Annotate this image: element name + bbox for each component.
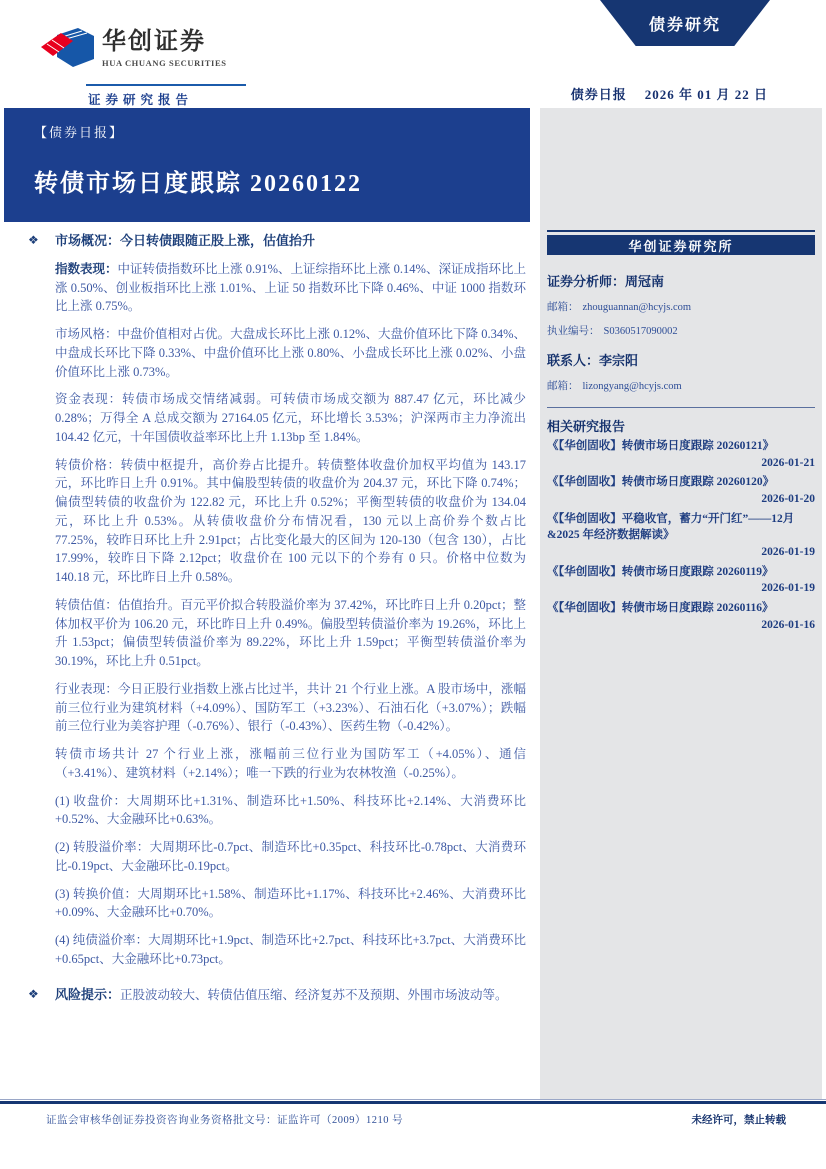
sidebar: 华创证券研究所 证券分析师：周冠南 邮箱：zhouguannan@hcyjs.c… [540,108,822,1100]
paragraph-lead: 指数表现： [55,262,118,276]
huachuang-logo-icon [40,26,96,79]
related-report-link[interactable]: 《【华创固收】转债市场日度跟踪 20260121》 2026-01-21 [547,438,815,471]
paragraph-conversion-premium: (2) 转股溢价率：大周期环比-0.7pct、制造环比+0.35pct、科技环比… [28,838,526,876]
contact-name: 李宗阳 [599,353,638,368]
section-market-overview: ❖ 市场概况：今日转债跟随正股上涨，估值抬升 [28,231,526,251]
report-page: 华创证券 HUA CHUANG SECURITIES 证券研究报告 债券研究 债… [0,0,826,1169]
report-type-label: 债券日报 [571,87,627,102]
paragraph-text: 转债市场共计 27 个行业上涨，涨幅前三位行业为国防军工（+4.05%）、通信（… [55,747,526,780]
analyst-name: 周冠南 [625,274,664,289]
paragraph-market-style: 市场风格：中盘价值相对占优。大盘成长环比上涨 0.12%、大盘价值环比下降 0.… [28,325,526,381]
paragraph-industry: 行业表现：今日正股行业指数上涨占比过半，共计 21 个行业上涨。A 股市场中，涨… [28,680,526,736]
related-report-link[interactable]: 《【华创固收】平稳收官，蓄力“开门红”——12月&2025 年经济数据解读》 2… [547,511,815,561]
footer-copyright-text: 未经许可，禁止转载 [692,1112,787,1127]
risk-lead: 风险提示： [55,987,120,1002]
paragraph-text: 转债估值：估值抬升。百元平价拟合转股溢价率为 37.42%，环比昨日上升 0.2… [55,598,526,668]
related-report-link[interactable]: 《【华创固收】转债市场日度跟踪 20260120》 2026-01-20 [547,474,815,507]
related-report-link[interactable]: 《【华创固收】转债市场日度跟踪 20260116》 2026-01-16 [547,600,815,633]
bond-research-badge: 债券研究 [600,0,770,46]
license-line: 执业编号：S0360517090002 [547,323,815,338]
license-number: S0360517090002 [604,326,678,337]
paragraph-cb-valuation: 转债估值：估值抬升。百元平价拟合转股溢价率为 37.42%，环比昨日上升 0.2… [28,596,526,671]
main-content: ❖ 市场概况：今日转债跟随正股上涨，估值抬升 指数表现：中证转债指数环比上涨 0… [28,231,526,1008]
title-banner: 【债券日报】 转债市场日度跟踪 20260122 [4,108,530,222]
report-date: 2026 年 01 月 22 日 [645,87,768,102]
sidebar-top-divider [547,230,815,232]
paragraph-cb-price: 转债价格：转债中枢提升，高价券占比提升。转债整体收盘价加权平均值为 143.17… [28,456,526,587]
report-title[interactable]: 《【华创固收】转债市场日度跟踪 20260116》 [547,600,815,617]
paragraph-pure-bond-premium: (4) 纯债溢价率：大周期环比+1.9pct、制造环比+2.7pct、科技环比+… [28,931,526,969]
paragraph-close-price: (1) 收盘价：大周期环比+1.31%、制造环比+1.50%、科技环比+2.14… [28,792,526,830]
report-title[interactable]: 《【华创固收】转债市场日度跟踪 20260119》 [547,564,815,581]
paragraph-text: 行业表现：今日正股行业指数上涨占比过半，共计 21 个行业上涨。A 股市场中，涨… [55,682,526,734]
paragraph-text: (2) 转股溢价率：大周期环比-0.7pct、制造环比+0.35pct、科技环比… [55,840,526,873]
paragraph-index-performance: 指数表现：中证转债指数环比上涨 0.91%、上证综指环比上涨 0.14%、深证成… [28,260,526,316]
report-date: 2026-01-19 [547,580,815,597]
diamond-bullet-icon: ❖ [28,985,39,1003]
logo-cn-text: 华创证券 [102,30,227,54]
report-date: 2026-01-16 [547,617,815,634]
report-title[interactable]: 《【华创固收】转债市场日度跟踪 20260121》 [547,438,815,455]
section-risk: ❖ 风险提示：正股波动较大、转债估值压缩、经济复苏不及预期、外围市场波动等。 [28,985,526,1005]
banner-category: 【债券日报】 [34,122,530,141]
paragraph-text: (1) 收盘价：大周期环比+1.31%、制造环比+1.50%、科技环比+2.14… [55,794,526,827]
report-date: 2026-01-20 [547,491,815,508]
related-report-link[interactable]: 《【华创固收】转债市场日度跟踪 20260119》 2026-01-19 [547,564,815,597]
paragraph-cb-industry: 转债市场共计 27 个行业上涨，涨幅前三位行业为国防军工（+4.05%）、通信（… [28,745,526,783]
related-reports-title: 相关研究报告 [547,416,815,435]
paragraph-text: 资金表现：转债市场成交情绪减弱。可转债市场成交额为 887.47 亿元，环比减少… [55,392,526,444]
logo-divider [86,84,246,86]
risk-text: 正股波动较大、转债估值压缩、经济复苏不及预期、外围市场波动等。 [120,988,508,1002]
contact-email-line: 邮箱：lizongyang@hcyjs.com [547,378,815,393]
institute-bar: 华创证券研究所 [547,235,815,255]
paragraph-text: (3) 转换价值：大周期环比+1.58%、制造环比+1.17%、科技环比+2.4… [55,887,526,920]
paragraph-text: (4) 纯债溢价率：大周期环比+1.9pct、制造环比+2.7pct、科技环比+… [55,933,526,966]
footer-thin-rule [0,1099,826,1100]
paragraph-conversion-value: (3) 转换价值：大周期环比+1.58%、制造环比+1.17%、科技环比+2.4… [28,885,526,923]
report-kind-label: 证券研究报告 [88,90,240,108]
analyst-email-link[interactable]: zhouguannan@hcyjs.com [583,302,692,313]
footer-license-text: 证监会审核华创证券投资咨询业务资格批文号：证监许可（2009）1210 号 [46,1112,403,1127]
report-date: 2026-01-21 [547,455,815,472]
logo-en-text: HUA CHUANG SECURITIES [102,58,227,68]
sidebar-divider [547,407,815,408]
paragraph-funds: 资金表现：转债市场成交情绪减弱。可转债市场成交额为 887.47 亿元，环比减少… [28,390,526,446]
report-date: 2026-01-19 [547,544,815,561]
diamond-bullet-icon: ❖ [28,231,39,249]
paragraph-text: 中证转债指数环比上涨 0.91%、上证综指环比上涨 0.14%、深证成指环比上涨… [55,262,526,314]
report-date-line: 债券日报2026 年 01 月 22 日 [571,84,768,103]
analyst-email-line: 邮箱：zhouguannan@hcyjs.com [547,299,815,314]
page-title: 转债市场日度跟踪 20260122 [34,163,530,198]
section-title: 市场概况：今日转债跟随正股上涨，估值抬升 [55,233,315,248]
paragraph-text: 转债价格：转债中枢提升，高价券占比提升。转债整体收盘价加权平均值为 143.17… [55,458,526,585]
report-title[interactable]: 《【华创固收】转债市场日度跟踪 20260120》 [547,474,815,491]
contact-email-link[interactable]: lizongyang@hcyjs.com [583,381,682,392]
paragraph-text: 市场风格：中盘价值相对占优。大盘成长环比上涨 0.12%、大盘价值环比下降 0.… [55,327,526,379]
footer-thick-rule [0,1101,826,1104]
contact-line: 联系人：李宗阳 [547,350,815,369]
header-logo-block: 华创证券 HUA CHUANG SECURITIES 证券研究报告 [40,26,240,108]
report-title[interactable]: 《【华创固收】平稳收官，蓄力“开门红”——12月&2025 年经济数据解读》 [547,511,815,544]
analyst-line: 证券分析师：周冠南 [547,271,815,290]
